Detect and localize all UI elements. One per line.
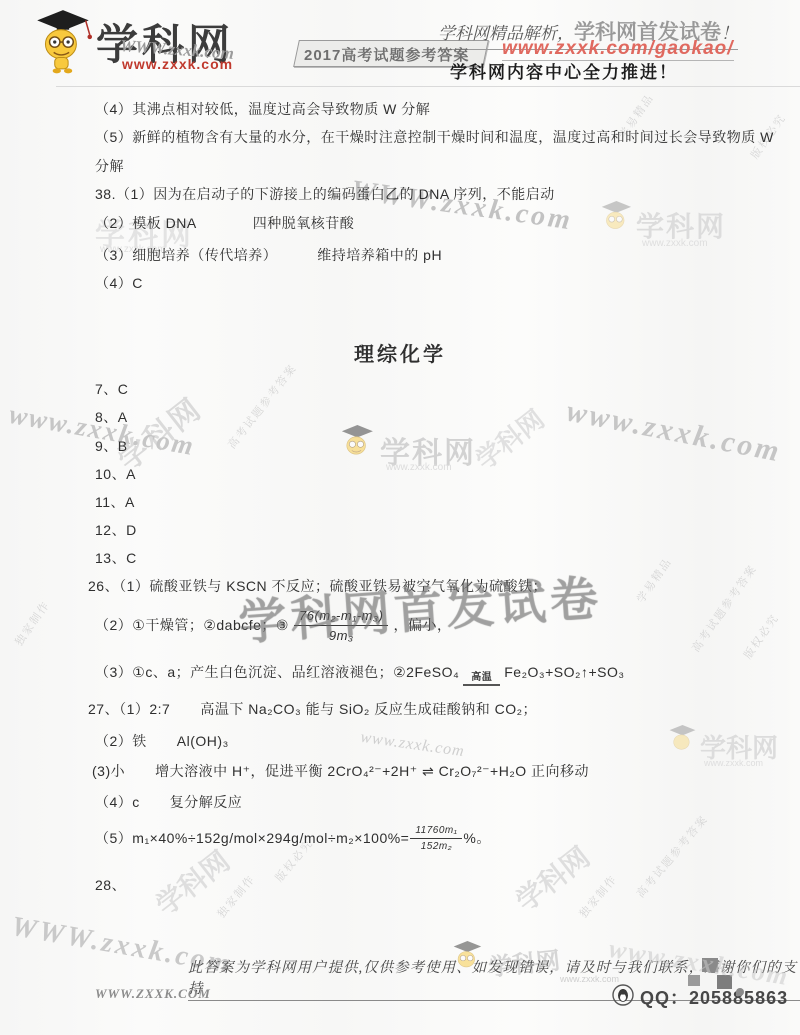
watermark-url: www.zxxk.com <box>642 238 708 249</box>
choice-answer-7: 7、C <box>95 379 128 399</box>
answer-27-3a: (3)小 <box>92 763 125 779</box>
decor-square <box>688 975 700 986</box>
answer-line-27-5: （5）m₁×40%÷152g/mol×294g/mol÷m₂×100%= 117… <box>95 818 491 858</box>
qq-number: QQ：205885863 <box>640 984 788 1010</box>
answer-line-37-5b: 分解 <box>95 156 124 176</box>
fraction-denominator: 9m₃ <box>294 626 388 643</box>
choice-answer-9: 9、B <box>95 436 128 456</box>
answer-line-37-5: （5）新鲜的植物含有大量的水分，在干燥时注意控制干燥时间和温度，温度过高和时间过… <box>95 127 774 147</box>
watermark-tiny-text: 版权必究 <box>740 610 783 662</box>
watermark-brand: 学科网 <box>700 728 778 765</box>
zxxk-mascot-icon <box>34 6 94 74</box>
watermark-brand-diagonal: 学科网 <box>467 400 551 477</box>
fraction-denominator: 152m₂ <box>410 839 462 852</box>
fraction-numerator: 76(m₂-m₁-m₃) <box>294 608 388 626</box>
answer-line-38-4: （4）C <box>95 273 143 293</box>
watermark-url: www.zxxk.com <box>704 758 763 768</box>
fraction-27-5: 11760m₁ 152m₂ <box>410 825 462 852</box>
watermark-url: www.zxxk.com <box>386 462 452 473</box>
answer-26-2-suffix: ，偏小， <box>393 615 451 635</box>
answer-line-27-4: （4）c复分解反应 <box>95 792 242 812</box>
zxxk-mascot-icon <box>668 722 698 758</box>
zxxk-mascot-icon <box>340 422 376 464</box>
answer-line-28: 28、 <box>95 875 126 895</box>
answer-38-2b: 四种脱氧核苷酸 <box>253 215 355 231</box>
answer-line-27-2: （2）铁Al(OH)₃ <box>95 731 229 751</box>
choice-answer-13: 13、C <box>95 548 137 568</box>
section-title-chemistry: 理综化学 <box>0 338 800 367</box>
choice-answer-11: 11、A <box>95 492 135 512</box>
answer-27-3b: 增大溶液中 H⁺，促进平衡 2CrO₄²⁻+2H⁺ ⇌ Cr₂O₇²⁻+H₂O … <box>155 763 589 779</box>
answer-27-2b: Al(OH)₃ <box>177 733 229 749</box>
answer-27-2a: （2）铁 <box>95 733 147 749</box>
answer-line-27-3: (3)小增大溶液中 H⁺，促进平衡 2CrO₄²⁻+2H⁺ ⇌ Cr₂O₇²⁻+… <box>92 761 589 781</box>
watermark-brand-diagonal: 学科网 <box>507 836 598 919</box>
answer-line-38-1: 38.（1）因为在启动子的下游接上的编码蛋白乙的 DNA 序列，不能启动 <box>95 184 555 204</box>
watermark-tiny-text: 独家制作 <box>575 871 621 921</box>
answer-38-3b: 维持培养箱中的 pH <box>317 247 442 263</box>
zxxk-mascot-icon <box>600 198 634 238</box>
watermark-tiny-text: 高考试题参考答案 <box>632 811 711 901</box>
watermark-tiny-text: 学易精品 <box>633 554 676 606</box>
answer-38-2a: （2）模板 DNA <box>95 215 197 231</box>
fraction-numerator: 11760m₁ <box>410 825 462 839</box>
decor-square <box>717 975 732 989</box>
answer-line-37-4: （4）其沸点相对较低，温度过高会导致物质 W 分解 <box>95 99 430 119</box>
footer-site-url: WWW.ZXXK.COM <box>95 986 211 1002</box>
watermark-tiny-text: 高考试题参考答案 <box>224 360 301 452</box>
qq-icon <box>612 984 634 1006</box>
answer-line-26-3: （3）①c、a；产生白色沉淀、品红溶液褪色；②2FeSO₄高温Fe₂O₃+SO₂… <box>95 662 625 686</box>
watermark-tiny-text: 高考试题参考答案 <box>688 561 761 655</box>
banner-title: 2017高考试题参考答案 <box>304 44 469 65</box>
answer-26-3-prefix: （3）①c、a；产生白色沉淀、品红溶液褪色；②2FeSO₄ <box>95 664 459 680</box>
decor-dot <box>736 988 744 996</box>
answer-line-26-1: 26、（1）硫酸亚铁与 KSCN 不反应；硫酸亚铁易被空气氧化为硫酸铁； <box>88 576 547 596</box>
answer-38-3a: （3）细胞培养（传代培养） <box>95 247 277 263</box>
decor-square <box>702 958 718 972</box>
watermark-tiny-text: 独家制作 <box>11 597 54 649</box>
reaction-condition: 高温 <box>463 672 500 686</box>
choice-answer-8: 8、A <box>95 407 128 427</box>
answer-line-26-2: （2）①干燥管；②dabcfe；③ 76(m₂-m₁-m₃) 9m₃ ，偏小， <box>95 600 451 650</box>
watermark-tiny-text: 独家制作 <box>213 871 259 921</box>
answer-27-1b: 高温下 Na₂CO₃ 能与 SiO₂ 反应生成硅酸钠和 CO₂； <box>200 701 537 717</box>
answer-line-38-3: （3）细胞培养（传代培养）维持培养箱中的 pH <box>95 245 442 265</box>
header-slogan-2: 学科网内容中心全力推进！ <box>450 58 678 83</box>
scanned-answer-document: 学科网 WWW.zxxk.com www.zxxk.com 2017高考试题参考… <box>0 0 800 1035</box>
reaction-condition-label: 高温 <box>463 672 500 686</box>
choice-answer-10: 10、A <box>95 464 136 484</box>
answer-27-1a: 27、（1）2:7 <box>88 701 170 717</box>
header-rule <box>56 86 800 87</box>
watermark-url-large: www.zxxk.com <box>564 394 785 469</box>
answer-26-3-products: Fe₂O₃+SO₂↑+SO₃ <box>504 664 624 680</box>
answer-27-5-suffix: %。 <box>463 828 490 848</box>
watermark-brand: 学科网 <box>636 205 726 245</box>
answer-27-4a: （4）c <box>95 794 140 810</box>
answer-27-4b: 复分解反应 <box>170 794 243 810</box>
site-url-red: www.zxxk.com <box>122 56 233 72</box>
watermark-brand: 学科网 <box>380 428 476 472</box>
choice-answer-12: 12、D <box>95 520 137 540</box>
answer-27-5-prefix: （5）m₁×40%÷152g/mol×294g/mol÷m₂×100%= <box>95 828 409 848</box>
fraction-26-2: 76(m₂-m₁-m₃) 9m₃ <box>294 608 388 643</box>
header: 学科网 WWW.zxxk.com www.zxxk.com 2017高考试题参考… <box>0 0 800 88</box>
answer-26-2-prefix: （2）①干燥管；②dabcfe；③ <box>95 615 289 635</box>
answer-line-38-2: （2）模板 DNA四种脱氧核苷酸 <box>95 213 354 233</box>
watermark-url: www.zxxk.com <box>359 729 465 761</box>
answer-line-27-1: 27、（1）2:7高温下 Na₂CO₃ 能与 SiO₂ 反应生成硅酸钠和 CO₂… <box>88 699 537 719</box>
